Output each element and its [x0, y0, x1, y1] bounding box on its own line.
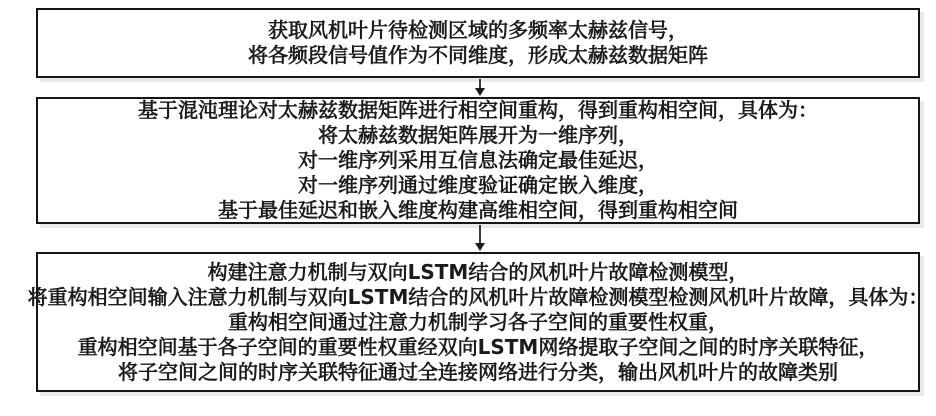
flow-step-2-line-5: 基于最佳延迟和嵌入维度构建高维相空间，得到重构相空间 — [218, 198, 738, 223]
arrow-down-icon — [472, 225, 488, 251]
flow-step-2-line-3: 对一维序列采用互信息法确定最佳延迟， — [298, 148, 658, 173]
flow-step-3: 构建注意力机制与双向LSTM结合的风机叶片故障检测模型， 将重构相空间输入注意力… — [36, 252, 920, 392]
flow-step-2-line-4: 对一维序列通过维度验证确定嵌入维度， — [298, 173, 658, 198]
patent-flowchart: 获取风机叶片待检测区域的多频率太赫兹信号， 将各频段信号值作为不同维度，形成太赫… — [0, 0, 936, 416]
arrow-stem — [479, 79, 481, 88]
flow-step-2-line-1: 基于混沌理论对太赫兹数据矩阵进行相空间重构，得到重构相空间，具体为： — [138, 98, 818, 123]
arrow-head — [475, 243, 485, 251]
flow-step-3-line-1: 构建注意力机制与双向LSTM结合的风机叶片故障检测模型， — [208, 260, 749, 285]
flow-step-3-line-2: 将重构相空间输入注意力机制与双向LSTM结合的风机叶片故障检测模型检测风机叶片故… — [28, 285, 929, 310]
flow-step-1-line-2: 将各频段信号值作为不同维度，形成太赫兹数据矩阵 — [248, 43, 708, 68]
arrow-stem — [479, 225, 481, 243]
flow-step-3-line-3: 重构相空间通过注意力机制学习各子空间的重要性权重， — [228, 310, 728, 335]
flow-step-1: 获取风机叶片待检测区域的多频率太赫兹信号， 将各频段信号值作为不同维度，形成太赫… — [36, 8, 920, 78]
arrow-down-icon — [472, 79, 488, 96]
flow-step-2-line-2: 将太赫兹数据矩阵展开为一维序列， — [318, 123, 638, 148]
arrow-head — [475, 88, 485, 96]
flow-step-3-line-5: 将子空间之间的时序关联特征通过全连接网络进行分类，输出风机叶片的故障类别 — [118, 360, 838, 385]
flow-step-3-line-4: 重构相空间基于各子空间的重要性权重经双向LSTM网络提取子空间之间的时序关联特征… — [78, 335, 879, 360]
flow-step-1-line-1: 获取风机叶片待检测区域的多频率太赫兹信号， — [268, 18, 688, 43]
flow-step-2: 基于混沌理论对太赫兹数据矩阵进行相空间重构，得到重构相空间，具体为： 将太赫兹数… — [36, 97, 920, 224]
